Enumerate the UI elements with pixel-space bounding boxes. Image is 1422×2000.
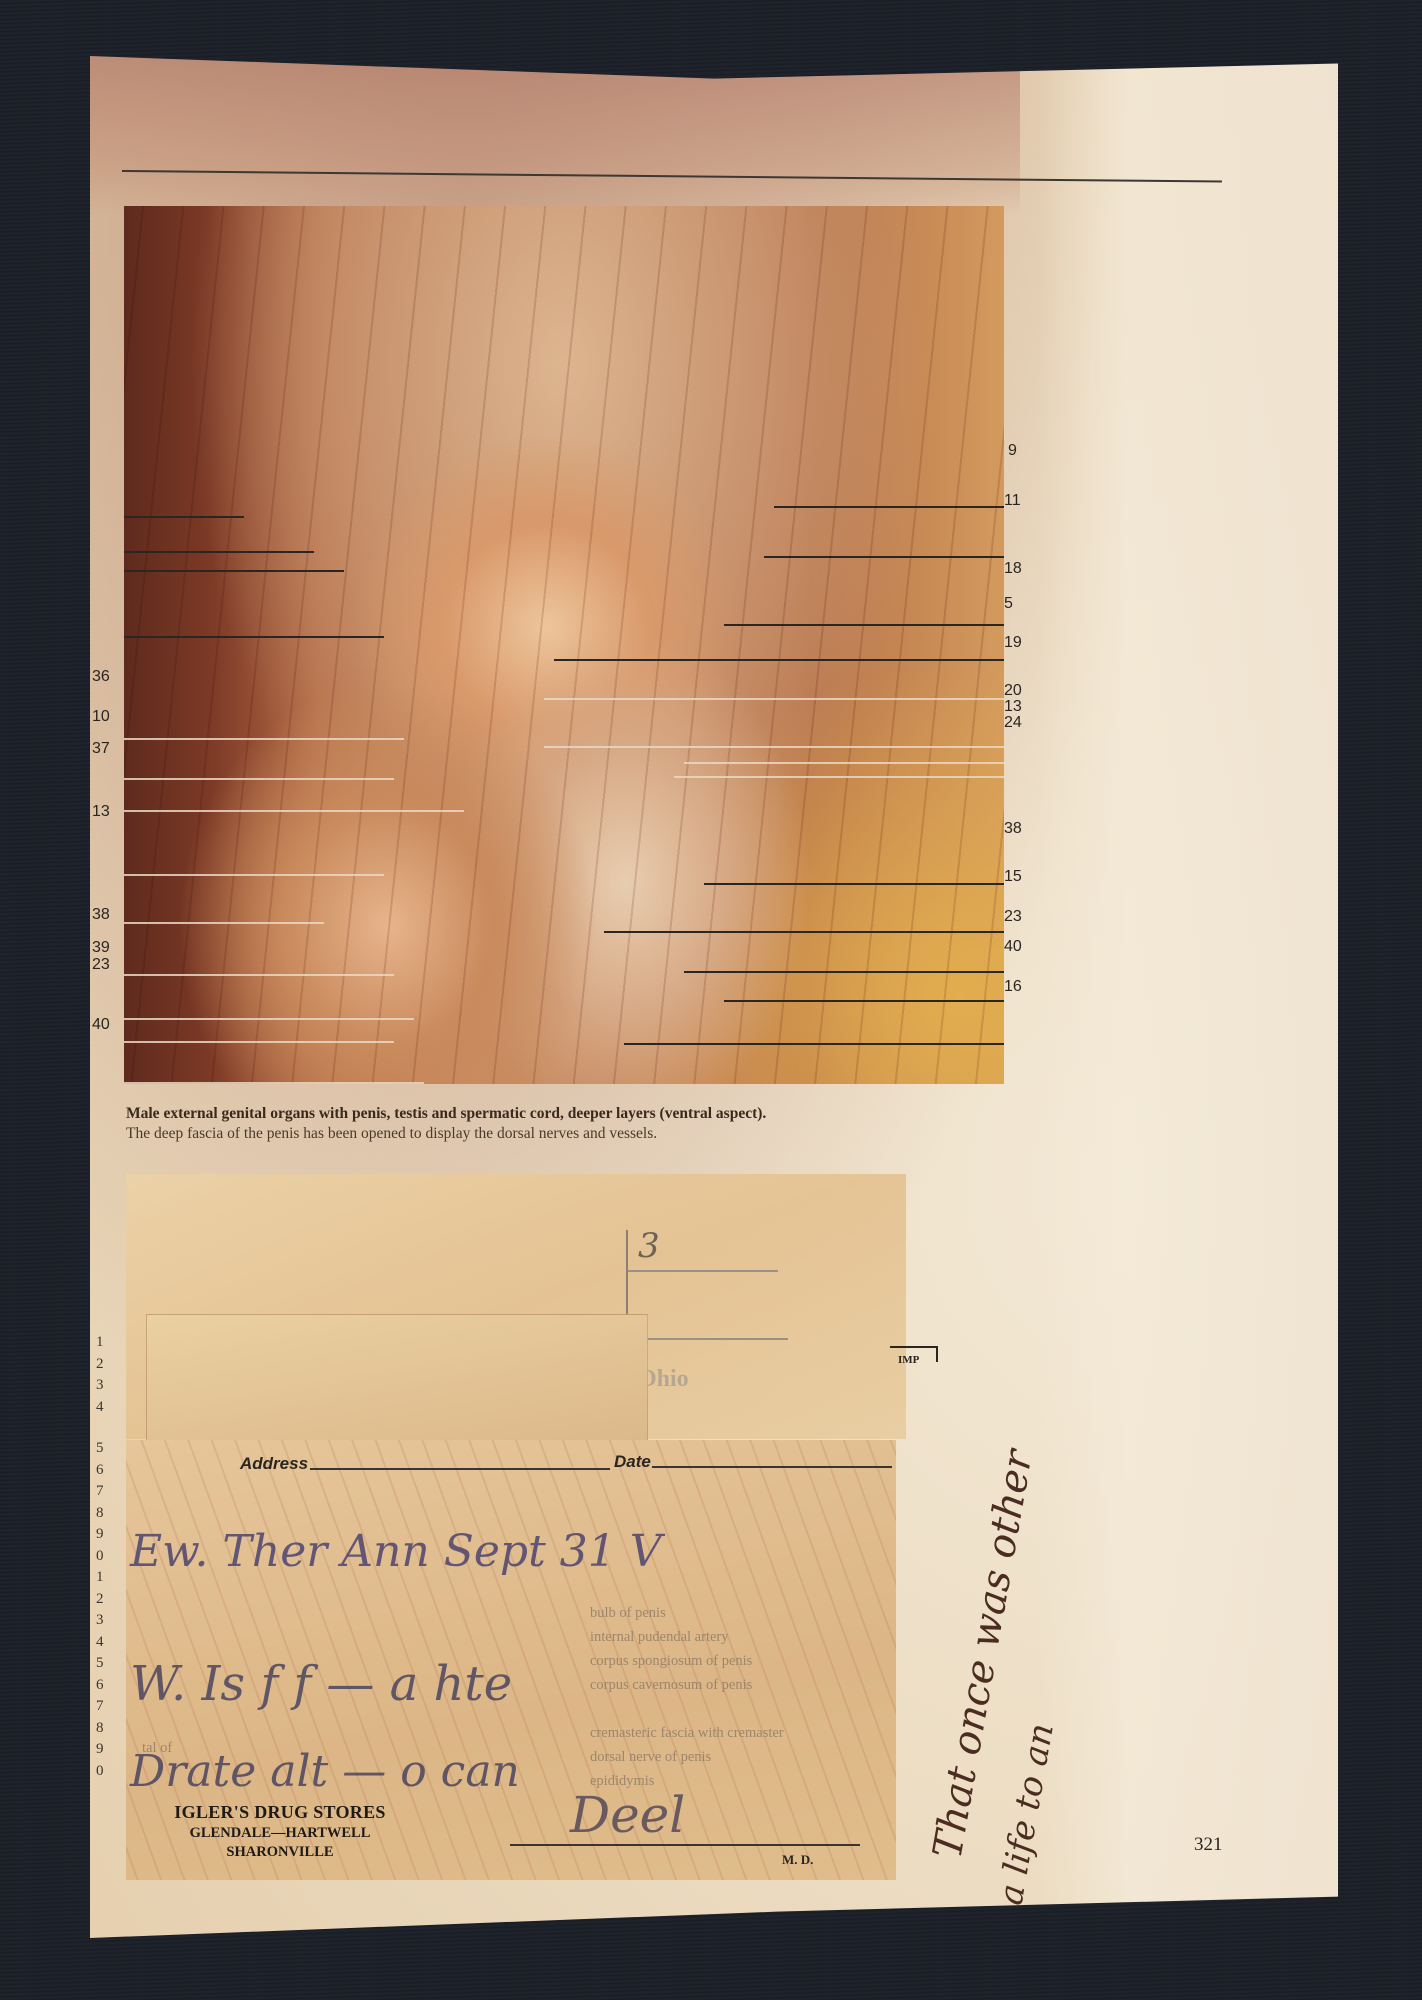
leader-line bbox=[684, 971, 1004, 973]
leader-line bbox=[544, 698, 1004, 700]
plate-label: 38 bbox=[1004, 820, 1022, 838]
leader-line bbox=[124, 778, 394, 780]
plate-label: 19 bbox=[1004, 634, 1022, 652]
handwritten-number: 3 bbox=[638, 1226, 660, 1266]
leader-line bbox=[124, 1018, 414, 1020]
margin-digit: 9 bbox=[96, 1524, 112, 1546]
margin-digit: 1 bbox=[96, 1567, 112, 1589]
date-line bbox=[652, 1466, 892, 1468]
margin-digit: 9 bbox=[96, 1739, 112, 1761]
plate-label: 24 bbox=[1004, 714, 1022, 732]
plate-label: 11 bbox=[1004, 492, 1021, 510]
caption-line-2: The deep fascia of the penis has been op… bbox=[126, 1124, 1006, 1144]
plate-label: 40 bbox=[92, 1016, 110, 1034]
margin-digit: 4 bbox=[96, 1397, 112, 1419]
leader-line bbox=[124, 516, 244, 518]
plate-label: 36 bbox=[92, 668, 110, 686]
leader-line bbox=[124, 636, 384, 638]
plate-label: 10 bbox=[92, 708, 110, 726]
plate-label: 13 bbox=[92, 803, 110, 821]
margin-digit: 6 bbox=[96, 1460, 112, 1482]
plate-label: 18 bbox=[1004, 560, 1022, 578]
margin-digit: 6 bbox=[96, 1675, 112, 1697]
margin-digit: 7 bbox=[96, 1696, 112, 1718]
stamp-fragment: IMP bbox=[898, 1354, 919, 1366]
margin-digit: 4 bbox=[96, 1632, 112, 1654]
plate-label: 39 bbox=[92, 939, 110, 957]
faded-anatomy-labels: bulb of penis internal pudendal artery c… bbox=[590, 1601, 784, 1793]
leader-line bbox=[124, 922, 324, 924]
ghost-label: internal pudendal artery bbox=[590, 1625, 784, 1649]
leader-line bbox=[124, 1041, 394, 1043]
store-locations-2: SHARONVILLE bbox=[160, 1844, 400, 1861]
leader-line bbox=[554, 659, 1004, 661]
drug-store-imprint: IGLER'S DRUG STORES GLENDALE—HARTWELL SH… bbox=[160, 1802, 400, 1861]
plate-caption: Male external genital organs with penis,… bbox=[126, 1104, 1006, 1144]
caption-line-1: Male external genital organs with penis,… bbox=[126, 1104, 1006, 1124]
leader-line bbox=[604, 931, 1004, 933]
plate-label: 23 bbox=[92, 956, 110, 974]
plate-label: 5 bbox=[1004, 595, 1013, 613]
address-line bbox=[310, 1468, 610, 1470]
ghost-label: corpus spongiosum of penis bbox=[590, 1649, 784, 1673]
leader-line bbox=[124, 810, 464, 812]
leader-line bbox=[724, 624, 1004, 626]
plate-label: 16 bbox=[1004, 978, 1022, 996]
plate-label: 37 bbox=[92, 740, 110, 758]
margin-digit: 8 bbox=[96, 1718, 112, 1740]
margin-digit: 5 bbox=[96, 1653, 112, 1675]
margin-digit: 7 bbox=[96, 1481, 112, 1503]
ghost-label: dorsal nerve of penis bbox=[590, 1745, 784, 1769]
stamp-box: 3 bbox=[626, 1230, 788, 1340]
leader-line bbox=[124, 738, 404, 740]
handwriting-signature: Deel bbox=[570, 1786, 685, 1844]
plate-label: 38 bbox=[92, 906, 110, 924]
prescription-slip-inner bbox=[146, 1314, 648, 1444]
handwriting-line-1: Ew. Ther Ann Sept 31 V bbox=[130, 1526, 661, 1577]
margin-digit: 0 bbox=[96, 1546, 112, 1568]
margin-digit: 1 bbox=[96, 1332, 112, 1354]
plate-label: 9 bbox=[1008, 442, 1017, 460]
plate-label: 15 bbox=[1004, 868, 1022, 886]
page-number: 321 bbox=[1194, 1834, 1223, 1856]
address-label: Address bbox=[240, 1454, 308, 1474]
margin-line-numbers: 1 2 3 4 5 6 7 8 9 0 1 2 3 4 5 6 7 8 9 0 bbox=[96, 1332, 112, 1782]
margin-digit: 2 bbox=[96, 1589, 112, 1611]
margin-digit: 8 bbox=[96, 1503, 112, 1525]
leader-line bbox=[774, 506, 1004, 508]
stamp-line bbox=[628, 1270, 778, 1272]
leader-line bbox=[124, 974, 394, 976]
leader-line bbox=[124, 1082, 424, 1084]
leader-line bbox=[624, 1043, 1004, 1045]
margin-digit: 3 bbox=[96, 1610, 112, 1632]
plate-label: 23 bbox=[1004, 908, 1022, 926]
margin-digit: 5 bbox=[96, 1438, 112, 1460]
leader-line bbox=[674, 776, 1004, 778]
signature-line bbox=[510, 1844, 860, 1846]
leader-line bbox=[544, 746, 1004, 748]
store-name: IGLER'S DRUG STORES bbox=[160, 1802, 400, 1823]
handwriting-line-2: W. Is f f — a hte bbox=[130, 1656, 512, 1712]
plate-texture bbox=[124, 206, 1004, 1084]
leader-line bbox=[724, 1000, 1004, 1002]
md-label: M. D. bbox=[782, 1852, 813, 1868]
right-whitewash-margin bbox=[1038, 56, 1338, 1938]
anatomy-plate-image bbox=[124, 206, 1004, 1084]
leader-line bbox=[764, 556, 1004, 558]
top-rust-wash bbox=[90, 56, 1020, 216]
margin-digit: 3 bbox=[96, 1375, 112, 1397]
date-label: Date bbox=[614, 1452, 651, 1472]
store-locations-1: GLENDALE—HARTWELL bbox=[160, 1825, 400, 1842]
leader-line bbox=[124, 874, 384, 876]
ghost-label: corpus cavernosum of penis bbox=[590, 1673, 784, 1697]
margin-digit: 0 bbox=[96, 1761, 112, 1783]
ghost-label: bulb of penis bbox=[590, 1601, 784, 1625]
collage-paper: 9 11 18 5 19 20 13 24 38 15 23 40 16 36 … bbox=[90, 56, 1338, 1938]
leader-line bbox=[704, 883, 1004, 885]
leader-line bbox=[124, 570, 344, 572]
margin-digit: 2 bbox=[96, 1354, 112, 1376]
plate-label: 40 bbox=[1004, 938, 1022, 956]
ghost-label: cremasteric fascia with cremaster bbox=[590, 1721, 784, 1745]
leader-line bbox=[684, 762, 1004, 764]
handwriting-line-3: Drate alt — o can bbox=[130, 1746, 520, 1797]
leader-line bbox=[124, 551, 314, 553]
